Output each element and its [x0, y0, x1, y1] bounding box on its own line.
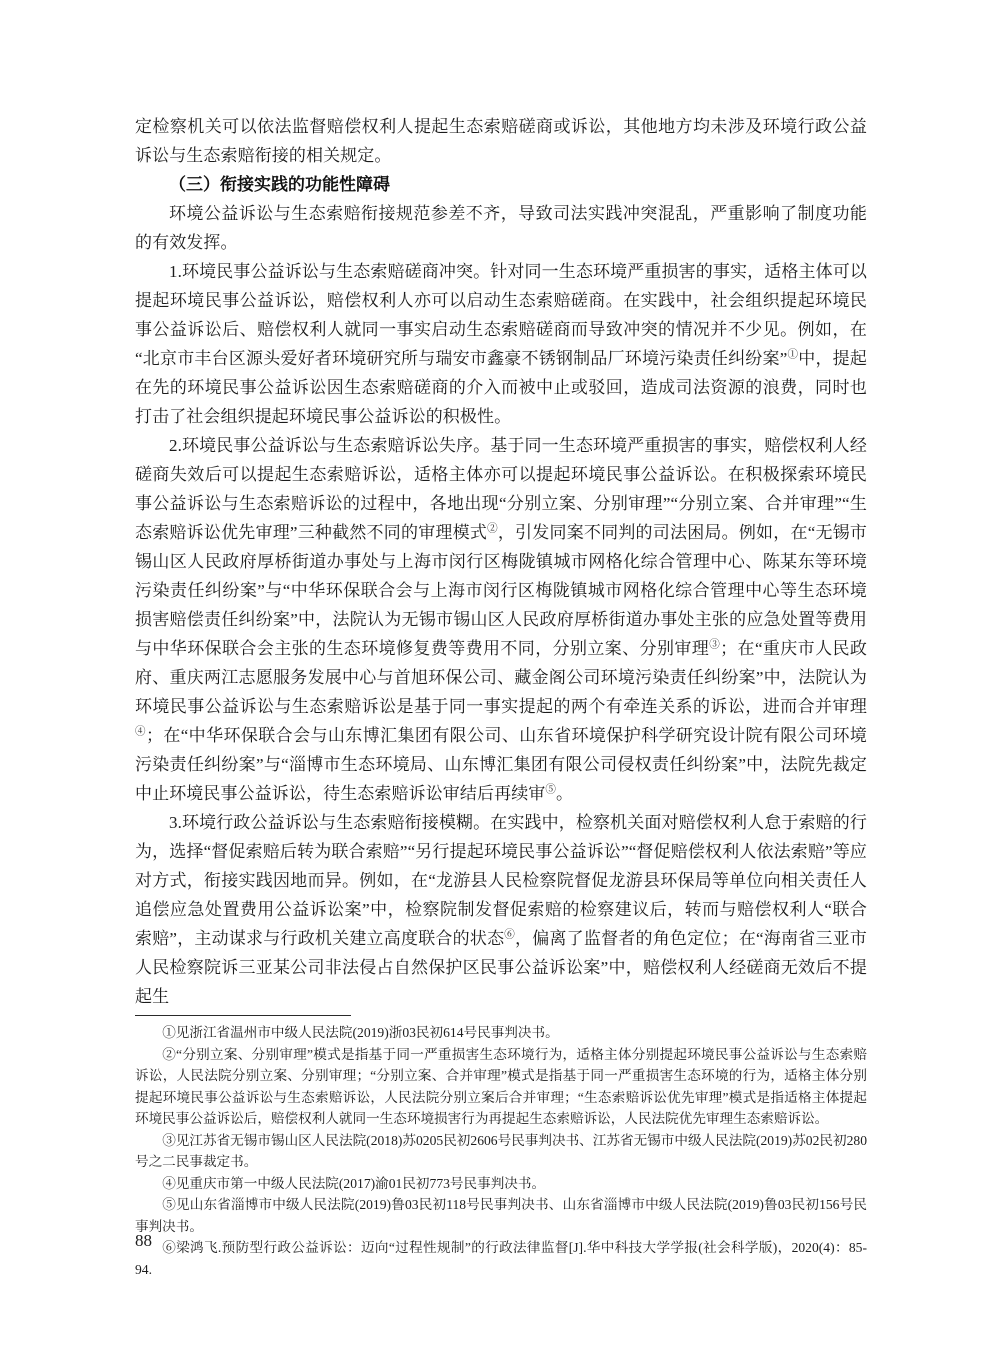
paragraph-point-1: 1.环境民事公益诉讼与生态索赔磋商冲突。针对同一生态环境严重损害的事实，适格主体…: [135, 257, 867, 431]
footnote-marker: ③: [709, 639, 720, 650]
footnote-marker: ⑤: [545, 784, 556, 795]
footnote-marker: ①: [787, 349, 798, 360]
footnote-2: ②“分别立案、分别审理”模式是指基于同一严重损害生态环境行为，适格主体分别提起环…: [135, 1044, 867, 1130]
paragraph-point-2: 2.环境民事公益诉讼与生态索赔诉讼失序。基于同一生态环境严重损害的事实，赔偿权利…: [135, 431, 867, 808]
paper-page: 定检察机关可以依法监督赔偿权利人提起生态索赔磋商或诉讼，其他地方均未涉及环境行政…: [0, 0, 1000, 1347]
footnote-divider: [135, 1015, 351, 1016]
footnote-marker: ②: [487, 523, 498, 534]
section-heading: （三）衔接实践的功能性障碍: [135, 170, 867, 199]
footnote-5: ⑤见山东省淄博市中级人民法院(2019)鲁03民初118号民事判决书、山东省淄博…: [135, 1194, 867, 1237]
paragraph-overview: 环境公益诉讼与生态索赔衔接规范参差不齐，导致司法实践冲突混乱，严重影响了制度功能…: [135, 199, 867, 257]
footnote-4: ④见重庆市第一中级人民法院(2017)渝01民初773号民事判决书。: [135, 1173, 867, 1195]
paragraph-continuation: 定检察机关可以依法监督赔偿权利人提起生态索赔磋商或诉讼，其他地方均未涉及环境行政…: [135, 112, 867, 170]
footnote-1: ①见浙江省温州市中级人民法院(2019)浙03民初614号民事判决书。: [135, 1022, 867, 1044]
footnote-6: ⑥梁鸿飞.预防型行政公益诉讼：迈向“过程性规制”的行政法律监督[J].华中科技大…: [135, 1237, 867, 1280]
page-number: 88: [135, 1231, 152, 1251]
paragraph-point-3: 3.环境行政公益诉讼与生态索赔衔接模糊。在实践中，检察机关面对赔偿权利人怠于索赔…: [135, 808, 867, 1011]
footnote-marker: ④: [135, 726, 146, 737]
footnote-3: ③见江苏省无锡市锡山区人民法院(2018)苏0205民初2606号民事判决书、江…: [135, 1130, 867, 1173]
page-content: 定检察机关可以依法监督赔偿权利人提起生态索赔磋商或诉讼，其他地方均未涉及环境行政…: [135, 112, 867, 1280]
footnote-marker: ⑥: [504, 929, 515, 940]
